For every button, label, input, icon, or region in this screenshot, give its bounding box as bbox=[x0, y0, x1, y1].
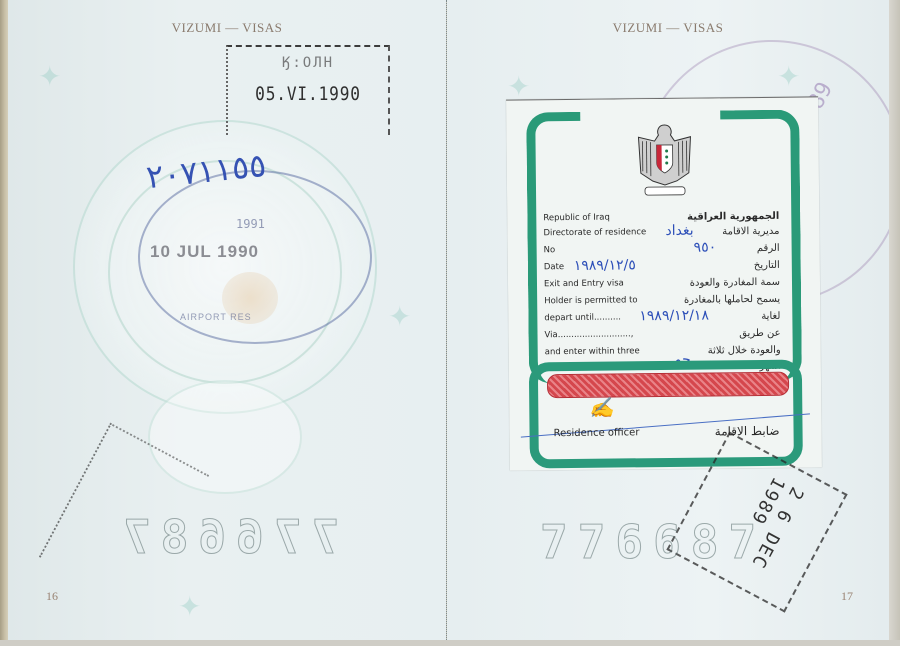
field-label-ar: التاريخ bbox=[754, 260, 780, 271]
oval-entry-stamp: 1991 10 JUL 1990 AIRPORT RES bbox=[138, 170, 372, 344]
star-watermark-icon: ✦ bbox=[178, 590, 201, 624]
page-header: VIZUMI — VISAS bbox=[447, 20, 889, 36]
field-value-handwritten: ١٩٨٩/١٢/٥ bbox=[574, 257, 636, 274]
stamp-bottom-text: AIRPORT RES bbox=[180, 312, 252, 322]
visa-field-enter-within: and enter within three جو والعودة خلال ث… bbox=[545, 345, 781, 361]
iraq-visa-sticker: Republic of Iraq الجمهورية العراقية Dire… bbox=[506, 96, 822, 470]
country-en: Republic of Iraq bbox=[543, 213, 610, 224]
eagle-coat-of-arms-icon bbox=[634, 121, 695, 202]
field-label-ar: مديرية الاقامة bbox=[722, 226, 779, 238]
field-label-en: Holder is permitted to bbox=[544, 295, 638, 306]
stamp-year: 1991 bbox=[236, 217, 265, 231]
field-value-handwritten: بغداد bbox=[665, 223, 693, 239]
passport-spread: ✦ ✦ ✦ VIZUMI — VISAS Ӄ:ОЛН 05.VI.1990 19… bbox=[0, 0, 900, 646]
scan-bottom-edge bbox=[0, 640, 900, 646]
field-label-en: Via..........................., bbox=[544, 329, 633, 340]
field-label-ar: الرقم bbox=[757, 243, 780, 254]
field-value-handwritten: ١٩٨٩/١٢/١٨ bbox=[639, 308, 709, 325]
page-number: 16 bbox=[46, 589, 58, 604]
field-label-en: Date bbox=[544, 262, 564, 272]
exit-stamp-rectangular: Ӄ:ОЛН 05.VI.1990 bbox=[226, 45, 390, 135]
stamp-top-text: Ӄ:ОЛН bbox=[228, 55, 388, 71]
page-16: ✦ ✦ ✦ VIZUMI — VISAS Ӄ:ОЛН 05.VI.1990 19… bbox=[8, 0, 446, 640]
visa-field-via: Via..........................., عن طريق bbox=[544, 328, 780, 344]
field-value-handwritten: ٩٥٠ bbox=[694, 239, 717, 255]
visa-field-no: No ٩٥٠ الرقم bbox=[544, 243, 780, 259]
visa-field-type: Exit and Entry visa سمة المغادرة والعودة bbox=[544, 277, 780, 293]
field-label-ar: والعودة خلال ثلاثة bbox=[708, 345, 781, 357]
officer-label-ar: ضابط الاقامة bbox=[715, 424, 780, 439]
page-number: 17 bbox=[841, 589, 853, 604]
stamp-date: 10 JUL 1990 bbox=[150, 242, 259, 262]
field-label-en: No bbox=[544, 245, 556, 255]
field-label-ar: يسمح لحاملها بالمغادرة bbox=[684, 294, 780, 306]
visa-title-row: Republic of Iraq الجمهورية العراقية bbox=[543, 211, 779, 227]
visa-field-date: Date ١٩٨٩/١٢/٥ التاريخ bbox=[544, 260, 780, 276]
field-label-en: Directorate of residence bbox=[543, 227, 646, 238]
country-ar: الجمهورية العراقية bbox=[687, 211, 779, 223]
stamp-date: 05.VI.1990 bbox=[240, 83, 376, 105]
field-label-ar: عن طريق bbox=[739, 328, 780, 339]
field-label-ar: سمة المغادرة والعودة bbox=[690, 277, 780, 289]
page-header: VIZUMI — VISAS bbox=[8, 20, 446, 36]
book-edge-right bbox=[889, 0, 900, 646]
signature-icon: ✍ bbox=[589, 396, 614, 420]
visa-field-depart-until: depart until.......... ١٩٨٩/١٢/١٨ لغاية bbox=[544, 311, 780, 327]
star-watermark-icon: ✦ bbox=[388, 300, 411, 334]
field-label-en: and enter within three bbox=[545, 346, 640, 357]
star-watermark-icon: ✦ bbox=[38, 60, 61, 94]
visa-field-directorate: Directorate of residence بغداد مديرية ال… bbox=[543, 226, 779, 242]
field-label-en: Exit and Entry visa bbox=[544, 278, 624, 289]
field-label-ar: لغاية bbox=[761, 311, 780, 322]
perforated-passport-number: 776687 bbox=[113, 510, 339, 564]
officer-label-en: Residence officer bbox=[554, 427, 640, 439]
perforated-passport-number: 776687 bbox=[540, 515, 766, 569]
field-label-en: depart until.......... bbox=[544, 312, 621, 323]
